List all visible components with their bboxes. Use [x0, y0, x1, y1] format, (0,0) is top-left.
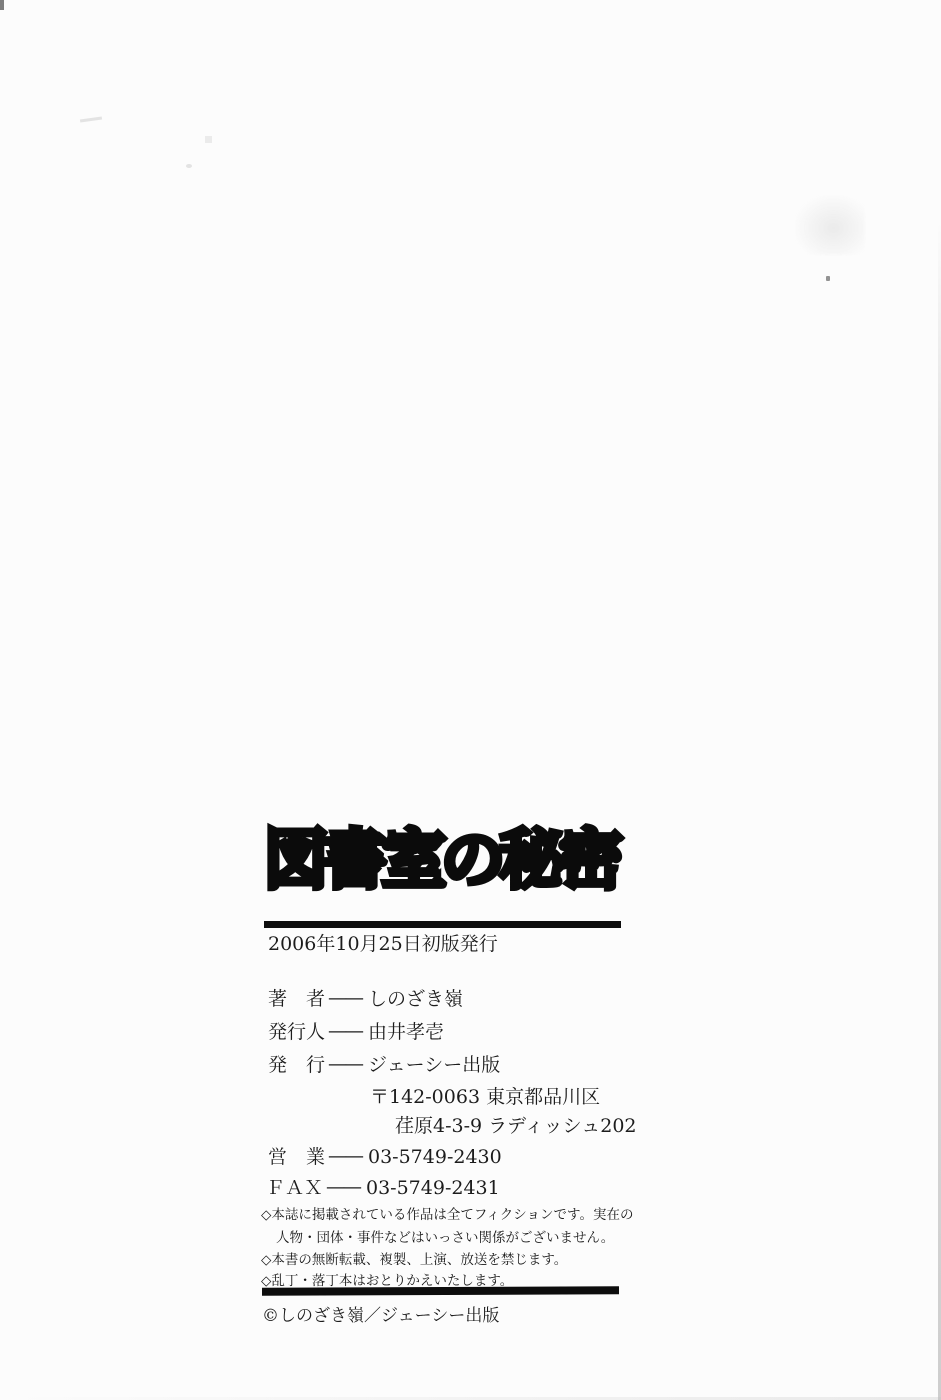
dash-separator: ——: [326, 1174, 360, 1200]
publisher-name: ジェーシー出版: [368, 1052, 500, 1078]
dash-separator: ——: [328, 1143, 362, 1169]
dash-separator: ——: [328, 985, 362, 1011]
fax-label: ＦＡＸ: [266, 1175, 324, 1201]
copyright-notice: ©しのざき嶺／ジェーシー出版: [262, 1301, 499, 1326]
author-name: しのざき嶺: [368, 986, 463, 1012]
dash-separator: ——: [328, 1051, 362, 1077]
author-label: 著 者: [268, 986, 326, 1012]
dash-separator: ——: [328, 1018, 362, 1044]
author-row: 著 者 —— しのざき嶺: [268, 986, 463, 1012]
bottom-divider-rule: [262, 1286, 619, 1296]
sales-phone-row: 営 業 —— 03-5749-2430: [268, 1144, 502, 1170]
scan-artifact-corner: [0, 0, 4, 10]
publisher-label: 発 行: [268, 1052, 326, 1078]
title-divider-rule: [264, 921, 621, 928]
disclaimer-note-fiction: ◇本誌に掲載されている作品は全てフィクションです。実在の: [261, 1206, 633, 1224]
scan-artifact-speck: [205, 136, 212, 143]
book-title: 図書室の秘密: [264, 820, 618, 903]
disclaimer-note-fiction-cont: 人物・団体・事件などはいっさい関係がございません。: [276, 1229, 614, 1247]
scan-artifact-speck: [80, 116, 102, 122]
sales-phone-number: 03-5749-2430: [368, 1144, 502, 1170]
sales-label: 営 業: [268, 1144, 326, 1170]
street-address: 荏原4-3-9 ラディッシュ202: [395, 1113, 637, 1139]
publisher-person-label: 発行人: [268, 1019, 326, 1045]
scan-artifact-smudge: [795, 195, 865, 255]
scan-artifact-speck: [826, 276, 830, 281]
fax-number: 03-5749-2431: [366, 1175, 500, 1201]
postal-address: 〒142-0063 東京都品川区: [370, 1084, 600, 1110]
publisher-person-row: 発行人 —— 由井孝壱: [268, 1019, 444, 1045]
scan-artifact-speck: [186, 164, 192, 168]
publication-date: 2006年10月25日初版発行: [268, 931, 498, 957]
fax-row: ＦＡＸ —— 03-5749-2431: [266, 1175, 500, 1201]
publisher-row: 発 行 —— ジェーシー出版: [268, 1052, 500, 1078]
scanned-colophon-page: 図書室の秘密 2006年10月25日初版発行 著 者 —— しのざき嶺 発行人 …: [0, 0, 941, 1400]
disclaimer-note-reproduction: ◇本書の無断転載、複製、上演、放送を禁じます。: [261, 1251, 567, 1269]
publisher-person-name: 由井孝壱: [368, 1019, 444, 1045]
